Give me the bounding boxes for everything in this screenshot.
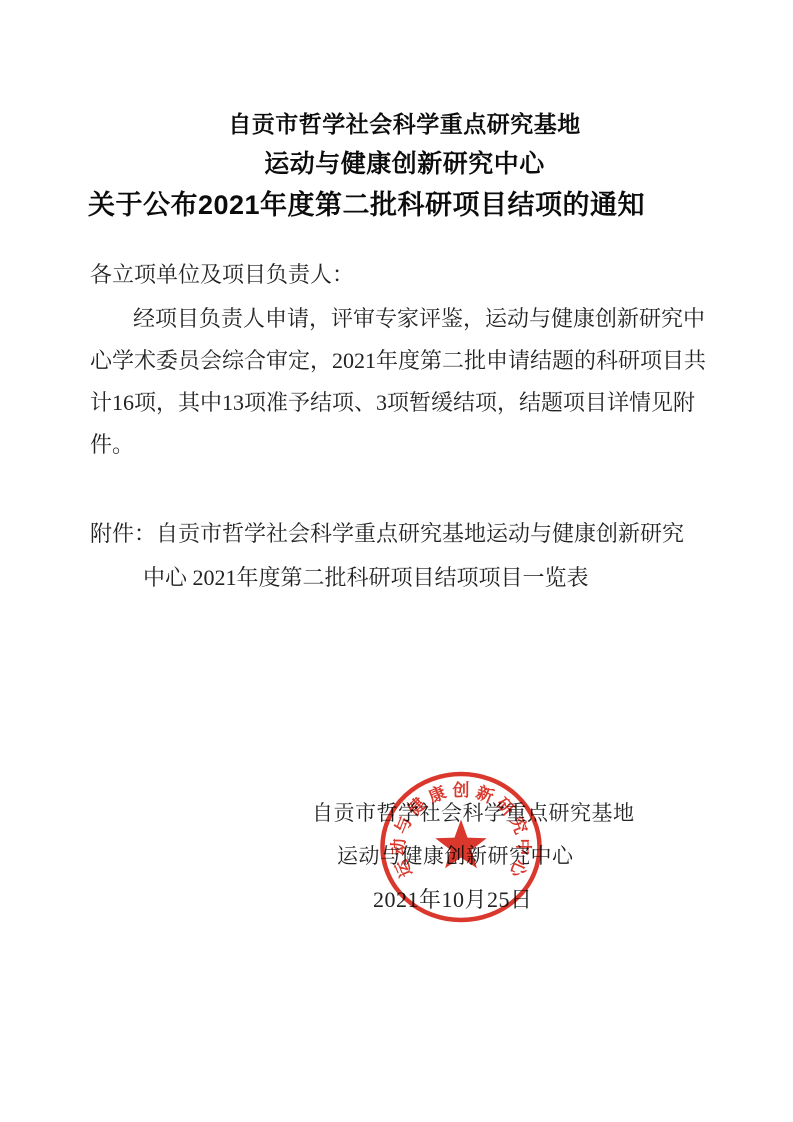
paragraph-line-3: 计16项，其中13项准予结项、3项暂缓结项，结题项目详情见附 — [90, 390, 695, 416]
signature-org-base: 自贡市哲学社会科学重点研究基地 — [312, 797, 635, 827]
paragraph-line-4: 件。 — [90, 432, 134, 458]
doc-title-org-center: 运动与健康创新研究中心 — [8, 144, 793, 180]
paragraph-line-1: 经项目负责人申请，评审专家评鉴，运动与健康创新研究中 — [133, 306, 705, 332]
attachment-line-1: 附件：自贡市哲学社会科学重点研究基地运动与健康创新研究 — [90, 521, 684, 547]
paragraph-line-2: 心学术委员会综合审定，2021年度第二批申请结题的科研项目共 — [90, 348, 706, 374]
notice-document-page: 自贡市哲学社会科学重点研究基地 运动与健康创新研究中心 关于公布2021年度第二… — [0, 0, 793, 1122]
signature-date: 2021年10月25日 — [373, 883, 533, 914]
signature-org-center: 运动与健康创新研究中心 — [337, 840, 574, 870]
doc-title-notice-subject: 关于公布2021年度第二批科研项目结项的通知 — [0, 183, 763, 222]
doc-title-org-base: 自贡市哲学社会科学重点研究基地 — [8, 106, 793, 139]
salutation-line: 各立项单位及项目负责人： — [90, 262, 354, 288]
attachment-line-2: 中心 2021年度第二批科研项目结项项目一览表 — [143, 565, 589, 591]
